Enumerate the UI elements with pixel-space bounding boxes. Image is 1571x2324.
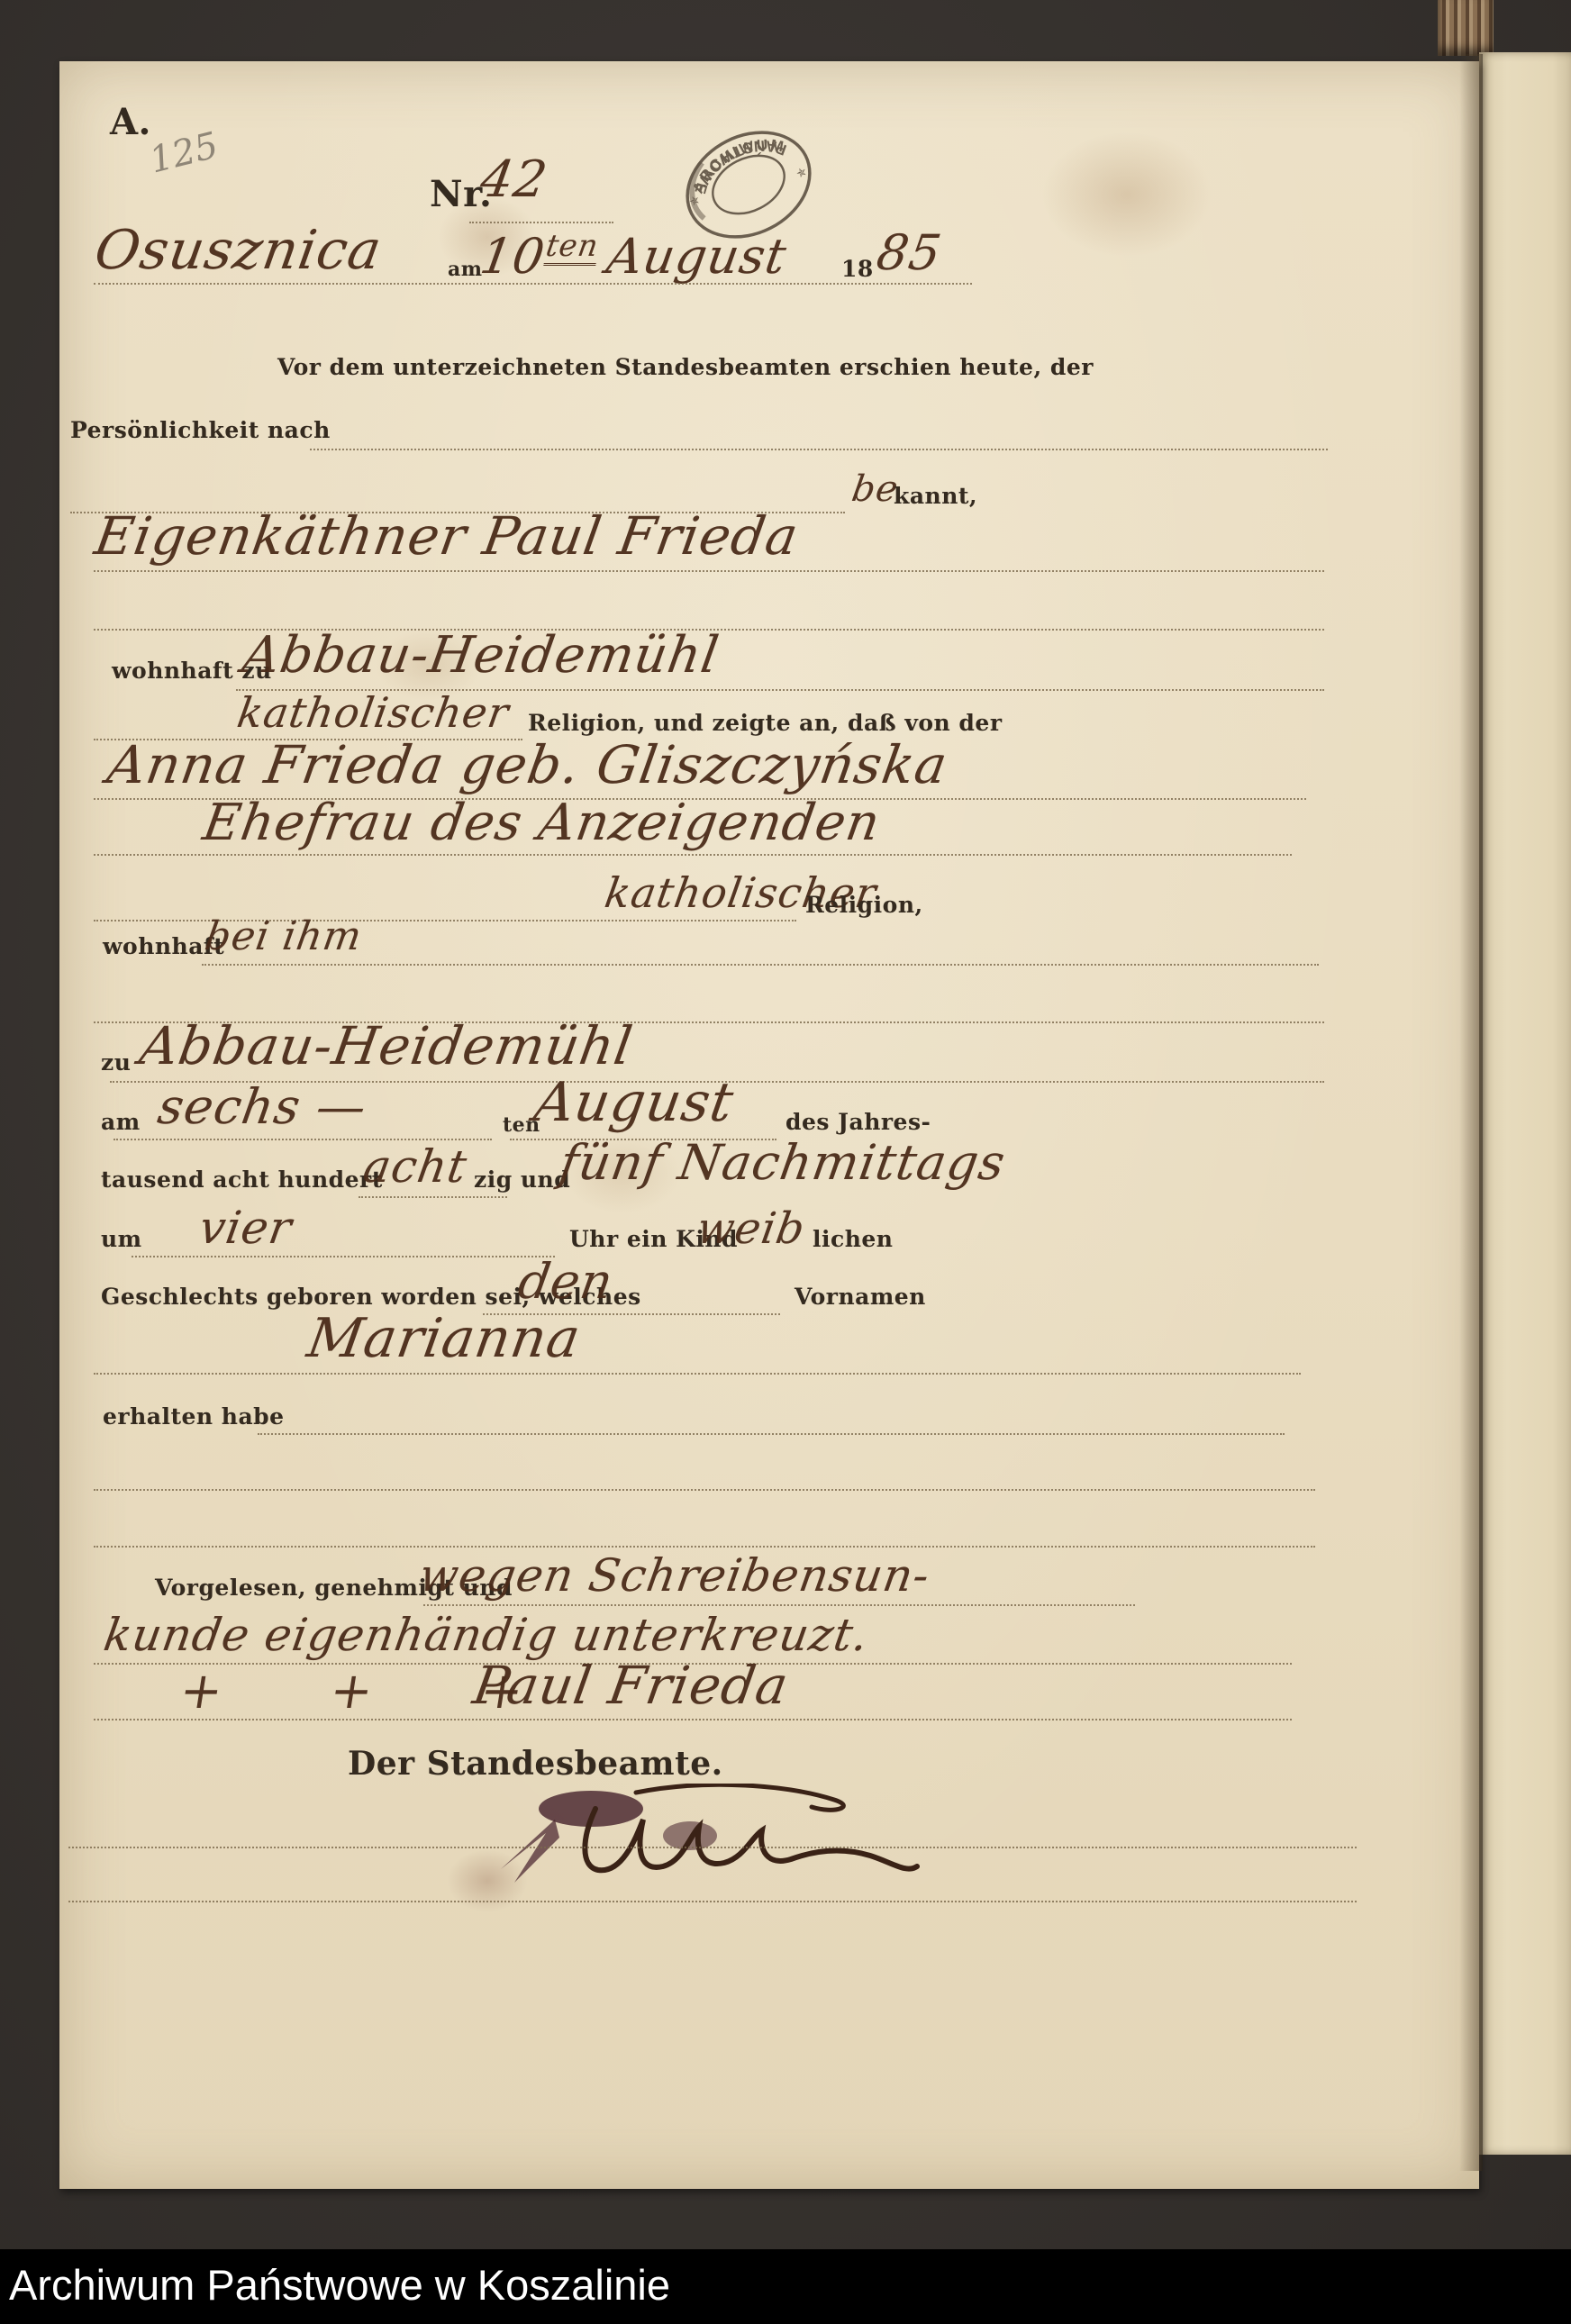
- closing-handwritten-2: kunde eigenhändig unterkreuzt.: [101, 1612, 872, 1657]
- dotted-line: [359, 1196, 507, 1198]
- residence-entry: Abbau-Heidemühl: [240, 631, 722, 681]
- pencil-page-number: 125: [146, 127, 222, 178]
- birth-day-entry: sechs —: [155, 1083, 370, 1131]
- dotted-line: [94, 854, 1292, 856]
- dotted-line: [94, 1719, 1292, 1720]
- lichen-label: lichen: [813, 1228, 893, 1250]
- dotted-line: [68, 1847, 1357, 1848]
- am-day-label: am: [101, 1111, 141, 1133]
- dotted-line: [94, 920, 796, 921]
- vornamen-label: Vornamen: [795, 1285, 926, 1308]
- dotted-line: [423, 1604, 1135, 1606]
- erhalten-habe-label: erhalten habe: [103, 1405, 285, 1428]
- registrar-signature: [366, 1784, 924, 1901]
- mother-role-entry: Ehefrau des Anzeigenden: [200, 798, 884, 849]
- dotted-line: [310, 449, 1328, 450]
- binding-thread: [1438, 0, 1494, 56]
- religion1-printed: Religion, und zeigte an, daß von der: [528, 712, 1002, 734]
- um-label: um: [101, 1228, 142, 1250]
- birth-place-entry: Abbau-Heidemühl: [136, 1020, 636, 1072]
- declarant-signature: Paul Frieda: [469, 1659, 792, 1711]
- decade-entry: acht: [360, 1144, 470, 1189]
- mother-entry: Anna Frieda geb. Gliszczyńska: [104, 739, 951, 791]
- persoenlichkeit-label: Persönlichkeit nach: [70, 419, 331, 441]
- zu-label: zu: [101, 1051, 131, 1074]
- document-page: A. 125 Nr. 42 ARCHIWUM PAŃSTWOWE ✯ ✯ Osu…: [59, 61, 1479, 2189]
- archive-footer-label: Archiwum Państwowe w Koszalinie: [9, 2249, 670, 2321]
- dotted-line: [94, 1546, 1315, 1548]
- child-name-entry: Marianna: [304, 1312, 584, 1366]
- des-jahres-label: des Jahres-: [785, 1111, 931, 1133]
- intro-line: Vor dem unterzeichneten Standesbeamten e…: [277, 356, 1094, 378]
- dotted-line: [94, 570, 1324, 572]
- registrar-label: Der Standesbeamte.: [348, 1748, 723, 1780]
- archive-footer-bar: Archiwum Państwowe w Koszalinie: [0, 2249, 1571, 2324]
- dotted-line: [469, 222, 613, 223]
- record-number-value: 42: [477, 155, 551, 205]
- gender-entry: weib: [694, 1207, 808, 1250]
- stamp-star-right: ✯: [795, 165, 810, 181]
- dotted-line: [94, 1373, 1301, 1375]
- dotted-line: [202, 964, 1319, 966]
- dotted-line: [94, 283, 972, 285]
- year-unit-time-entry: fünf Nachmittags: [557, 1139, 1009, 1187]
- religion1-entry: katholischer: [234, 692, 512, 733]
- month-value: August: [603, 228, 791, 285]
- dotted-line: [68, 1901, 1357, 1902]
- bekannt-printed: kannt,: [894, 485, 977, 507]
- dotted-line: [132, 1256, 555, 1257]
- day-value: 10: [477, 228, 549, 285]
- hour-entry: vier: [196, 1205, 295, 1250]
- tausend-label: tausend acht hundert: [101, 1168, 383, 1191]
- place-entry: Osusznica: [91, 223, 386, 277]
- year-written: 85: [874, 229, 945, 277]
- birth-month-entry: August: [531, 1076, 737, 1130]
- page-fold-shadow: [1459, 54, 1483, 2171]
- form-letter-a: A.: [110, 104, 151, 141]
- paper-stain: [1041, 132, 1212, 258]
- day-suffix: ten: [543, 228, 601, 266]
- date-entry: 10ten August: [477, 231, 791, 281]
- bei-ihm-entry: bei ihm: [203, 917, 365, 957]
- facing-page-edge: [1479, 52, 1571, 2155]
- closing-handwritten-1: wegen Schreibensun-: [416, 1553, 933, 1598]
- den-entry: den: [515, 1257, 617, 1306]
- religion2-printed: Religion,: [805, 894, 923, 916]
- dotted-line: [94, 1489, 1315, 1491]
- declarant-entry: Eigenkäthner Paul Frieda: [91, 510, 802, 562]
- dotted-line: [258, 1433, 1285, 1435]
- year-printed: 18: [841, 258, 874, 280]
